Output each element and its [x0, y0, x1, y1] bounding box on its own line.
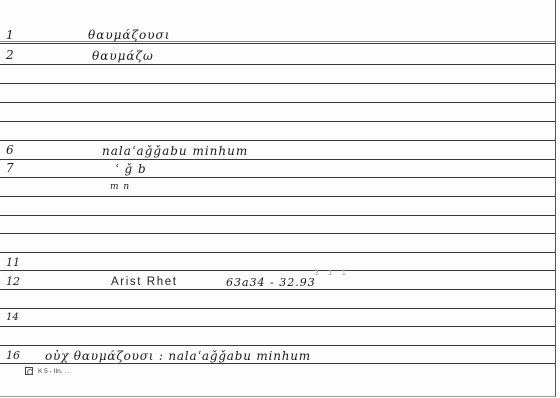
greek-word: θαυμάζουσι: [88, 28, 170, 42]
line-number: 11: [6, 256, 20, 269]
ruled-line: [0, 233, 555, 234]
ruled-line: [0, 363, 555, 364]
ruled-line: [0, 196, 555, 197]
faint-mark: 3 1 1: [314, 269, 348, 278]
ruled-line: [0, 326, 555, 327]
ruled-line: [0, 159, 555, 160]
stamp-text: K 5 - IIn. . .: [38, 368, 70, 375]
summary-line: οὐχ θαυμάζουσι : nalaʿaǧǧabu minhum: [45, 349, 311, 363]
line-number: 14: [6, 312, 19, 323]
arabic-root-pattern: m n: [110, 182, 130, 192]
greek-word: θαυμάζω: [92, 49, 154, 63]
ruled-line: [0, 140, 555, 141]
line-number: 6: [6, 143, 14, 157]
line-number: 7: [6, 161, 14, 175]
ruled-line: [0, 215, 555, 216]
reference: 63a34 - 32.93: [226, 276, 316, 289]
line-number: 12: [6, 275, 20, 288]
arabic-root: ʿ ǧ b: [115, 162, 147, 176]
ruled-line: [0, 308, 555, 309]
line-number: 1: [6, 28, 14, 42]
camera-icon: [25, 367, 33, 375]
ruled-line: [0, 121, 555, 122]
arabic-transliteration: nalaʿaǧǧabu minhum: [102, 144, 248, 158]
ruled-line: [0, 102, 555, 103]
line-number: 16: [6, 349, 20, 362]
ruled-line: [0, 270, 555, 271]
ruled-line: [0, 252, 555, 253]
ruled-line: [0, 83, 555, 84]
ruled-line: [0, 289, 555, 290]
ruled-line: [0, 177, 555, 178]
ruled-line: [0, 345, 555, 346]
ruled-line: [0, 64, 555, 65]
index-card: 1 θαυμάζουσι 2 θαυμάζω 6 nalaʿaǧǧabu min…: [0, 0, 556, 397]
line-number: 2: [6, 48, 14, 62]
ruled-line: [0, 43, 555, 44]
archive-stamp: K 5 - IIn. . .: [25, 367, 70, 375]
source-label: Arist Rhet: [111, 276, 178, 288]
